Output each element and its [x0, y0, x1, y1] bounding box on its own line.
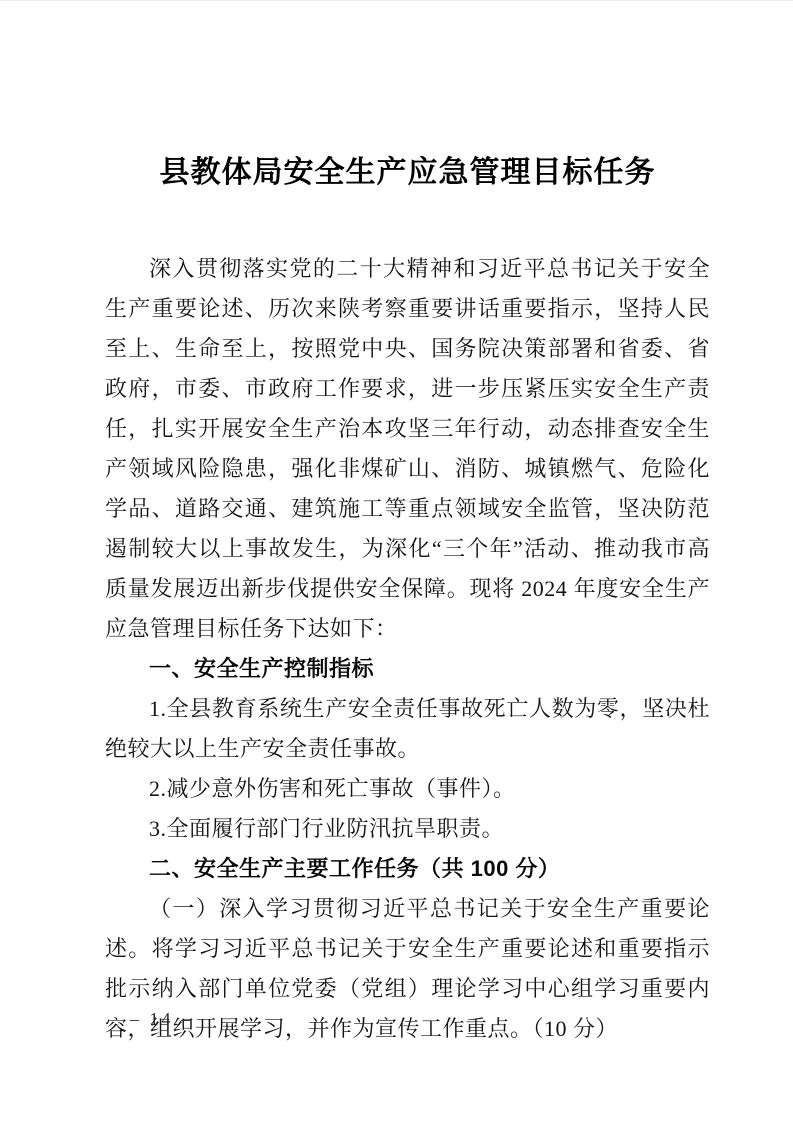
paragraph: （一）深入学习贯彻习近平总书记关于安全生产重要论述。将学习习近平总书记关于安全生… — [105, 889, 710, 1049]
document-page: 县教体局安全生产应急管理目标任务 深入贯彻落实党的二十大精神和习近平总书记关于安… — [0, 0, 793, 1123]
document-content: 县教体局安全生产应急管理目标任务 深入贯彻落实党的二十大精神和习近平总书记关于安… — [0, 151, 793, 1049]
paragraph: 3.全面履行部门行业防汛抗旱职责。 — [105, 809, 710, 849]
section-heading: 一、安全生产控制指标 — [105, 649, 710, 689]
page-number: – 14 – — [130, 1009, 193, 1030]
paragraph: 深入贯彻落实党的二十大精神和习近平总书记关于安全生产重要论述、历次来陕考察重要讲… — [105, 249, 710, 649]
paragraph: 1.全县教育系统生产安全责任事故死亡人数为零，坚决杜绝较大以上生产安全责任事故。 — [105, 689, 710, 769]
paragraph: 2.减少意外伤害和死亡事故（事件）。 — [105, 769, 710, 809]
document-body: 深入贯彻落实党的二十大精神和习近平总书记关于安全生产重要论述、历次来陕考察重要讲… — [105, 249, 710, 1049]
section-heading: 二、安全生产主要工作任务（共 100 分） — [105, 849, 710, 889]
document-title: 县教体局安全生产应急管理目标任务 — [105, 151, 710, 195]
